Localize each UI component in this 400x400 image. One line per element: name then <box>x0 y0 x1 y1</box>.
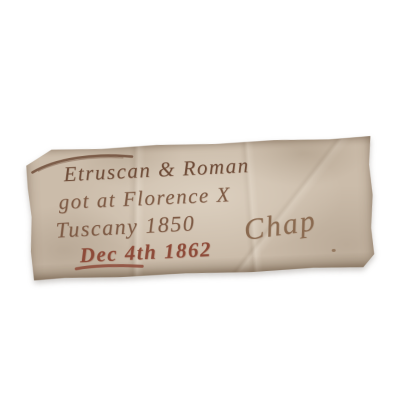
handwriting-signature: Chap <box>242 204 319 248</box>
photo-background: Etruscan & Roman got at Florence X Tusca… <box>0 0 400 400</box>
handwriting-line-got-at-florence: got at Florence X <box>58 182 231 215</box>
paper-label: Etruscan & Roman got at Florence X Tusca… <box>26 135 376 280</box>
ink-dot <box>332 249 336 252</box>
paper-label-wrapper: Etruscan & Roman got at Florence X Tusca… <box>26 135 376 280</box>
date-underline-stroke <box>74 260 144 275</box>
